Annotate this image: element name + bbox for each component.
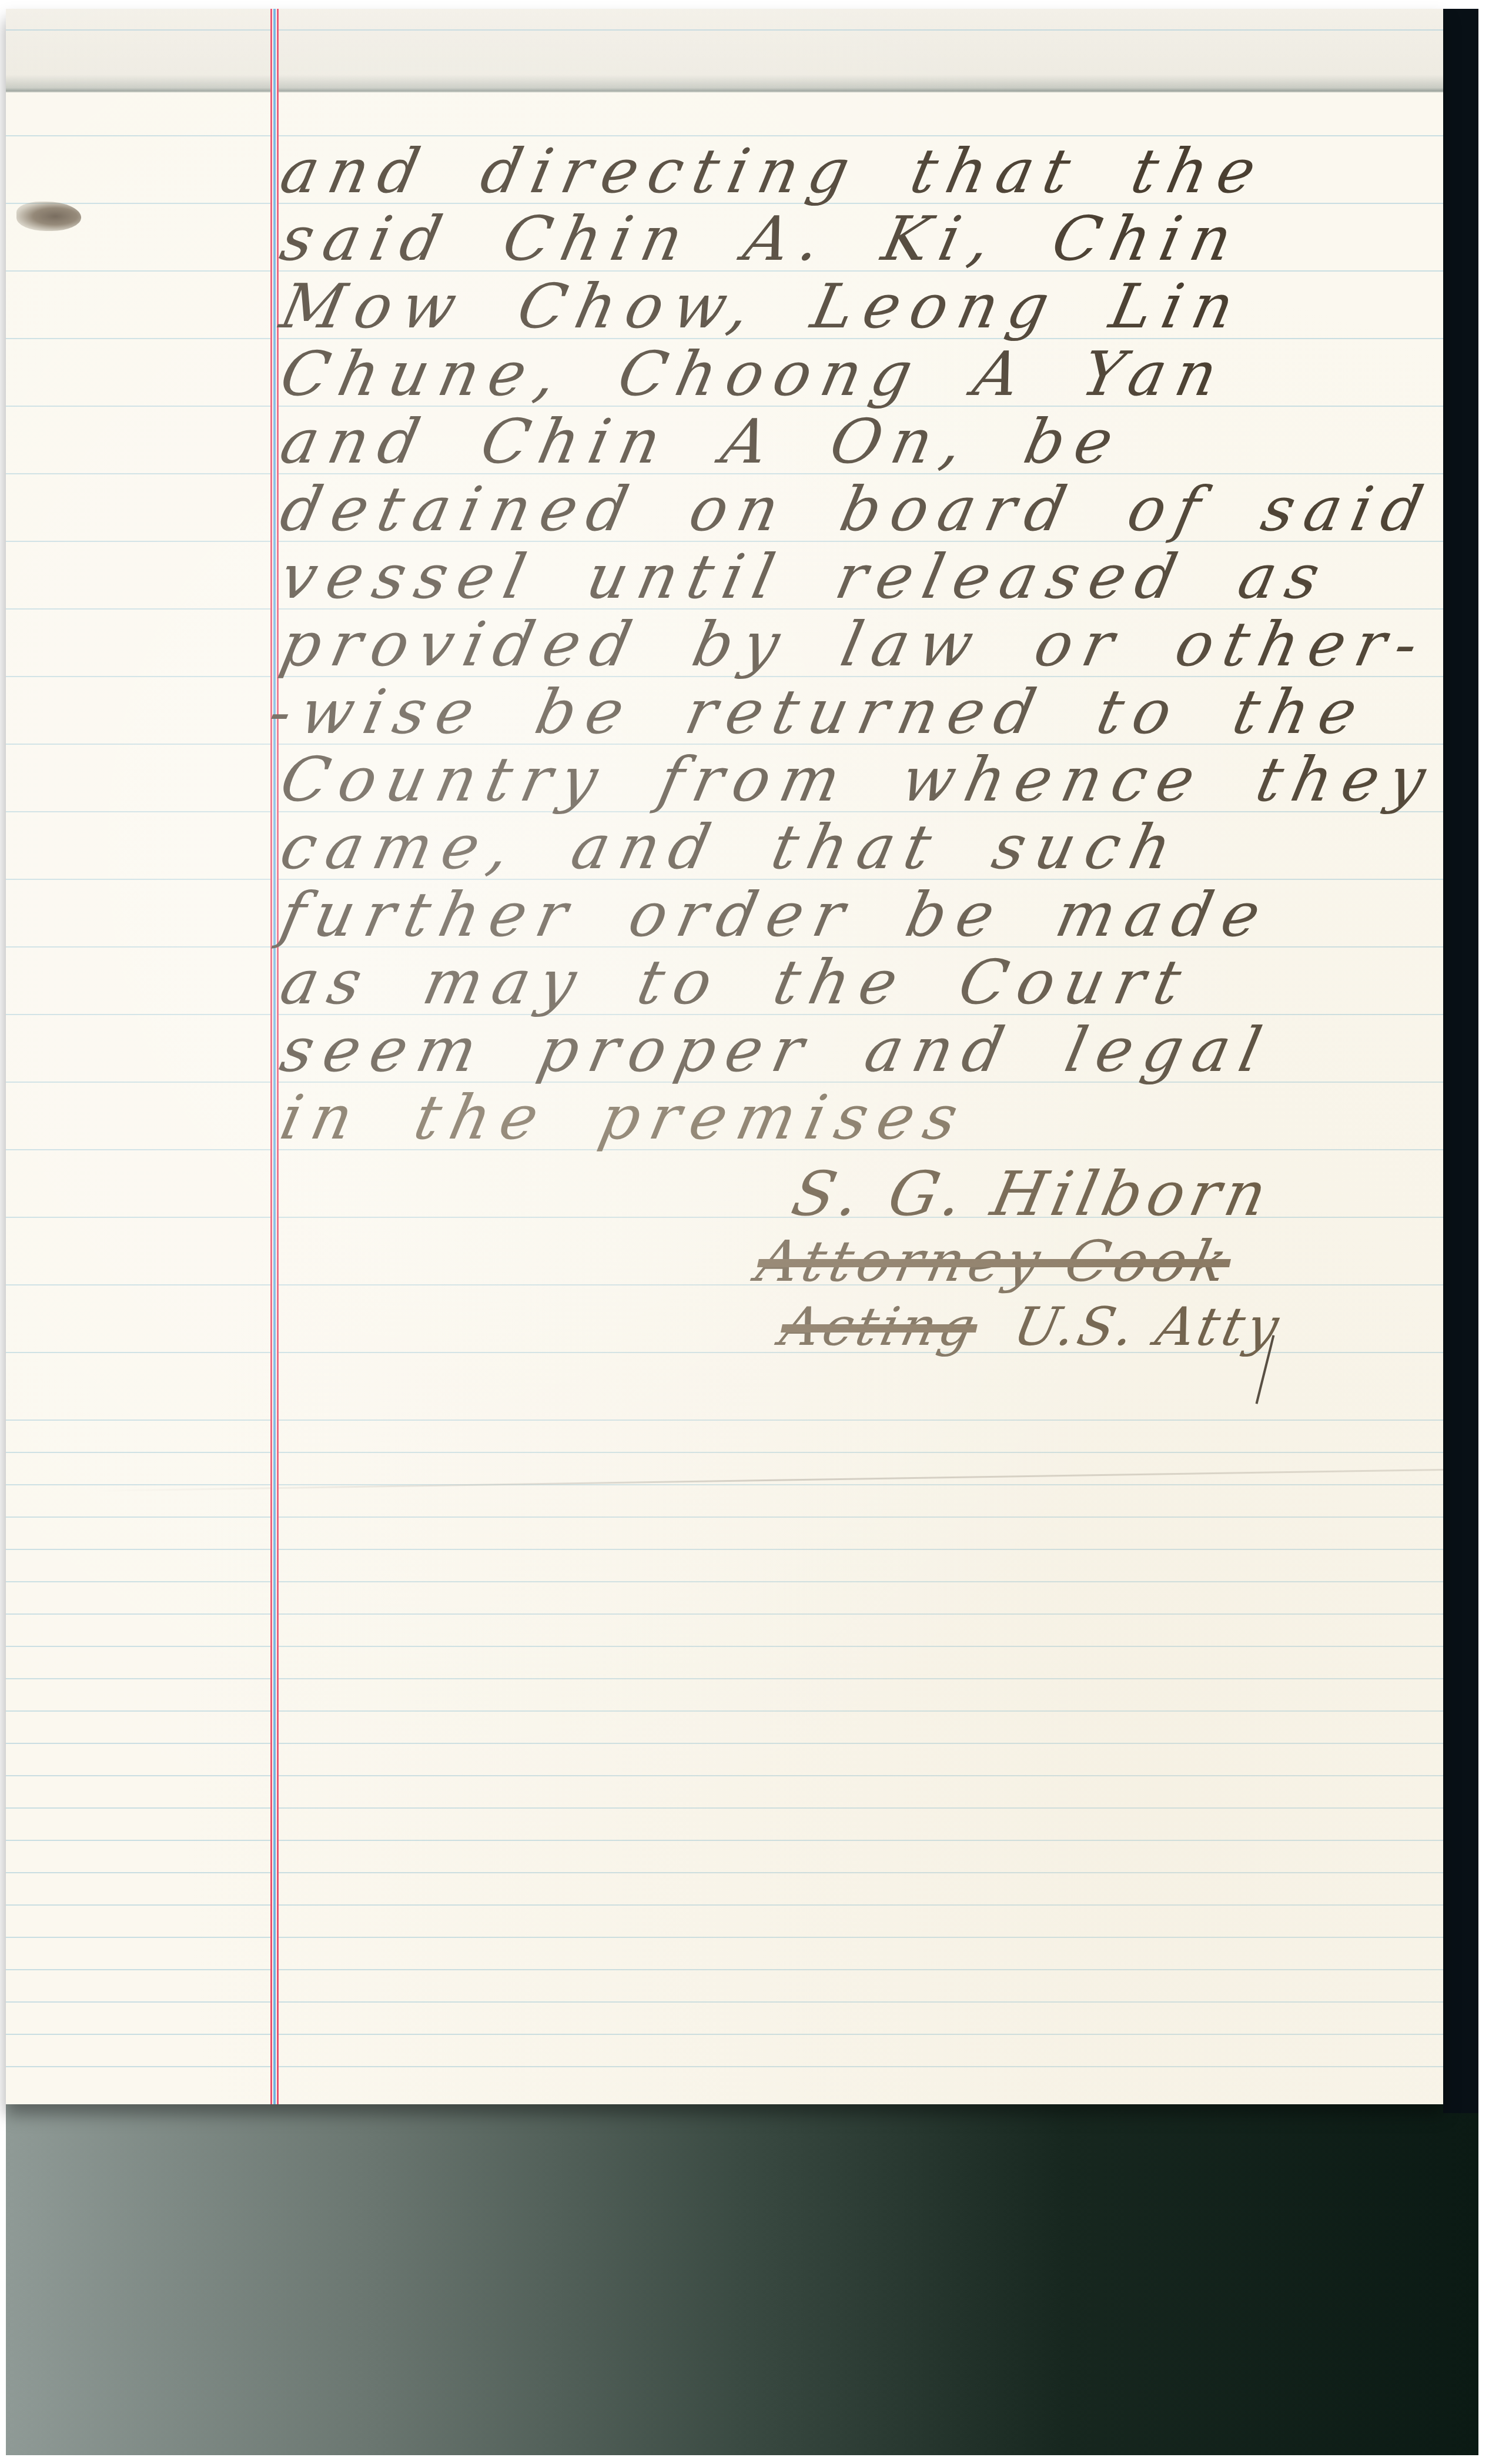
ruled-line [6,1613,1443,1615]
ruled-line [6,1904,1443,1906]
ruled-line [6,1284,1443,1285]
ruled-line [6,2066,1443,2067]
handwritten-line: came, and that such [275,811,1188,883]
ruled-line [6,1872,1443,1873]
handwritten-line: said Chin A. Ki, Chin [275,203,1249,274]
scanner-edge-dark [1443,9,1478,2113]
ruled-line [6,1581,1443,1582]
ruled-line [6,1807,1443,1809]
ruled-line [6,29,1443,31]
handwritten-line: detained on board of said [275,473,1440,545]
ruled-line [6,2034,1443,2035]
ruled-line [6,1775,1443,1776]
document-page: and directing that the said Chin A. Ki, … [6,9,1443,2104]
struck-prefix: Acting [775,1296,983,1358]
ruled-line [6,1710,1443,1712]
handwritten-line: vessel until released as [275,541,1336,612]
handwritten-line: as may to the Court [275,946,1197,1018]
handwritten-line: seem proper and legal [275,1014,1278,1086]
handwritten-line: provided by law or other- [275,608,1435,680]
ruled-line [6,1516,1443,1518]
ruled-line [6,1452,1443,1453]
ruled-line [6,1484,1443,1485]
handwritten-line: Mow Chow, Leong Lin [275,270,1250,342]
handwritten-line: and Chin A On, be [275,406,1130,477]
ruled-line [6,2001,1443,2003]
ruled-line [6,1549,1443,1550]
handwritten-line: -wise be returned to the [263,676,1374,748]
ink-blot [16,202,81,231]
struck-title: Attorney Cook [751,1228,1237,1294]
handwritten-line: in the premises [275,1082,975,1153]
ruled-line [6,1678,1443,1679]
margin-rule [270,9,279,2104]
signature-name: S. G. Hilborn [786,1158,1279,1230]
ruled-line [6,1937,1443,1938]
ruled-line [6,1969,1443,1970]
handwritten-line: Country from whence they [275,744,1442,815]
ruled-line [6,1840,1443,1841]
handwritten-line: further order be made [275,879,1277,950]
handwritten-line: Chune, Choong A Yan [275,338,1234,410]
handwritten-line: and directing that the [275,135,1273,207]
folded-top-strip [6,9,1443,92]
ruled-line [6,1646,1443,1647]
ruled-line [6,1420,1443,1421]
ruled-line [6,1743,1443,1744]
fold-crease [94,1469,1443,1492]
signature-title: U.S. Atty [1008,1296,1287,1358]
